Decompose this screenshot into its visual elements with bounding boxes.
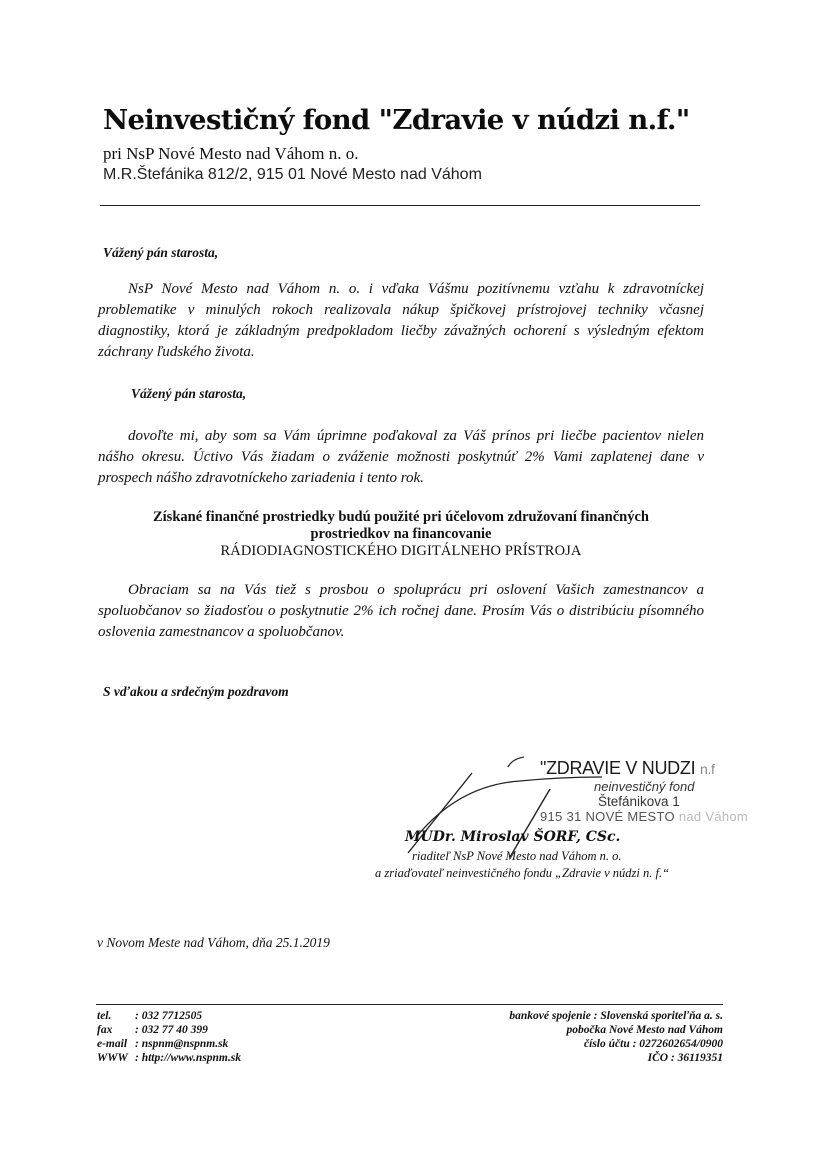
footer-divider (96, 1004, 723, 1005)
footer-contacts: tel.: 032 7712505 fax: 032 77 40 399 e-m… (97, 1009, 241, 1065)
paragraph-3-text: Obraciam sa na Vás tiež s prosbou o spol… (98, 582, 704, 640)
organization-address: M.R.Štefánika 812/2, 915 01 Nové Mesto n… (103, 166, 482, 184)
paragraph-3: Obraciam sa na Vás tiež s prosbou o spol… (98, 580, 704, 643)
contact-website-value: : http://www.nspnm.sk (135, 1051, 241, 1065)
paragraph-1: NsP Nové Mesto nad Váhom n. o. i vďaka V… (98, 279, 704, 363)
contact-fax-label: fax (97, 1023, 135, 1037)
stamp-line-1-faded: n.f (700, 761, 715, 777)
signer-role-1: riaditeľ NsP Nové Mesto nad Váhom n. o. (412, 849, 622, 864)
contact-phone-label: tel. (97, 1009, 135, 1023)
signer-role-2: a zriaďovateľ neinvestičného fondu „Zdra… (375, 866, 669, 881)
contact-phone: tel.: 032 7712505 (97, 1009, 241, 1023)
paragraph-2: dovoľte mi, aby som sa Vám úprimne poďak… (98, 426, 704, 489)
contact-phone-value: : 032 7712505 (135, 1009, 202, 1023)
closing-greeting: S vďakou a srdečným pozdravom (103, 684, 289, 700)
contact-email: e-mail: nspnm@nspnm.sk (97, 1037, 241, 1051)
stamp-line-4-faded: nad Váhom (679, 809, 748, 824)
funding-purpose-line-1: Získané finančné prostriedky budú použit… (98, 509, 704, 526)
place-and-date: v Novom Meste nad Váhom, dňa 25.1.2019 (97, 935, 330, 951)
paragraph-2-text: dovoľte mi, aby som sa Vám úprimne poďak… (98, 428, 704, 486)
paragraph-1-text: NsP Nové Mesto nad Váhom n. o. i vďaka V… (98, 281, 704, 360)
contact-fax: fax: 032 77 40 399 (97, 1023, 241, 1037)
company-id: IČO : 36119351 (420, 1051, 723, 1065)
contact-email-label: e-mail (97, 1037, 135, 1051)
contact-email-value: : nspnm@nspnm.sk (135, 1037, 228, 1051)
funding-purpose-block: Získané finančné prostriedky budú použit… (98, 509, 704, 560)
bank-account-number: číslo účtu : 0272602654/0900 (420, 1037, 723, 1051)
organization-title: Neinvestičný fond "Zdravie v núdzi n.f." (103, 104, 690, 136)
contact-fax-value: : 032 77 40 399 (135, 1023, 208, 1037)
funding-purpose-device: RÁDIODIAGNOSTICKÉHO DIGITÁLNEHO PRÍSTROJ… (98, 543, 704, 560)
salutation-2: Vážený pán starosta, (131, 386, 246, 402)
footer-bank-details: bankové spojenie : Slovenská sporiteľňa … (420, 1009, 723, 1065)
signer-name: MUDr. Miroslav ŠORF, CSc. (405, 829, 620, 845)
header-divider (100, 205, 700, 206)
bank-name: bankové spojenie : Slovenská sporiteľňa … (420, 1009, 723, 1023)
contact-website-label: WWW (97, 1051, 135, 1065)
organization-subtitle: pri NsP Nové Mesto nad Váhom n. o. (103, 144, 358, 164)
salutation-1: Vážený pán starosta, (103, 245, 218, 261)
contact-website: WWW: http://www.nspnm.sk (97, 1051, 241, 1065)
funding-purpose-line-2: prostriedkov na financovanie (98, 526, 704, 543)
bank-branch: pobočka Nové Mesto nad Váhom (420, 1023, 723, 1037)
